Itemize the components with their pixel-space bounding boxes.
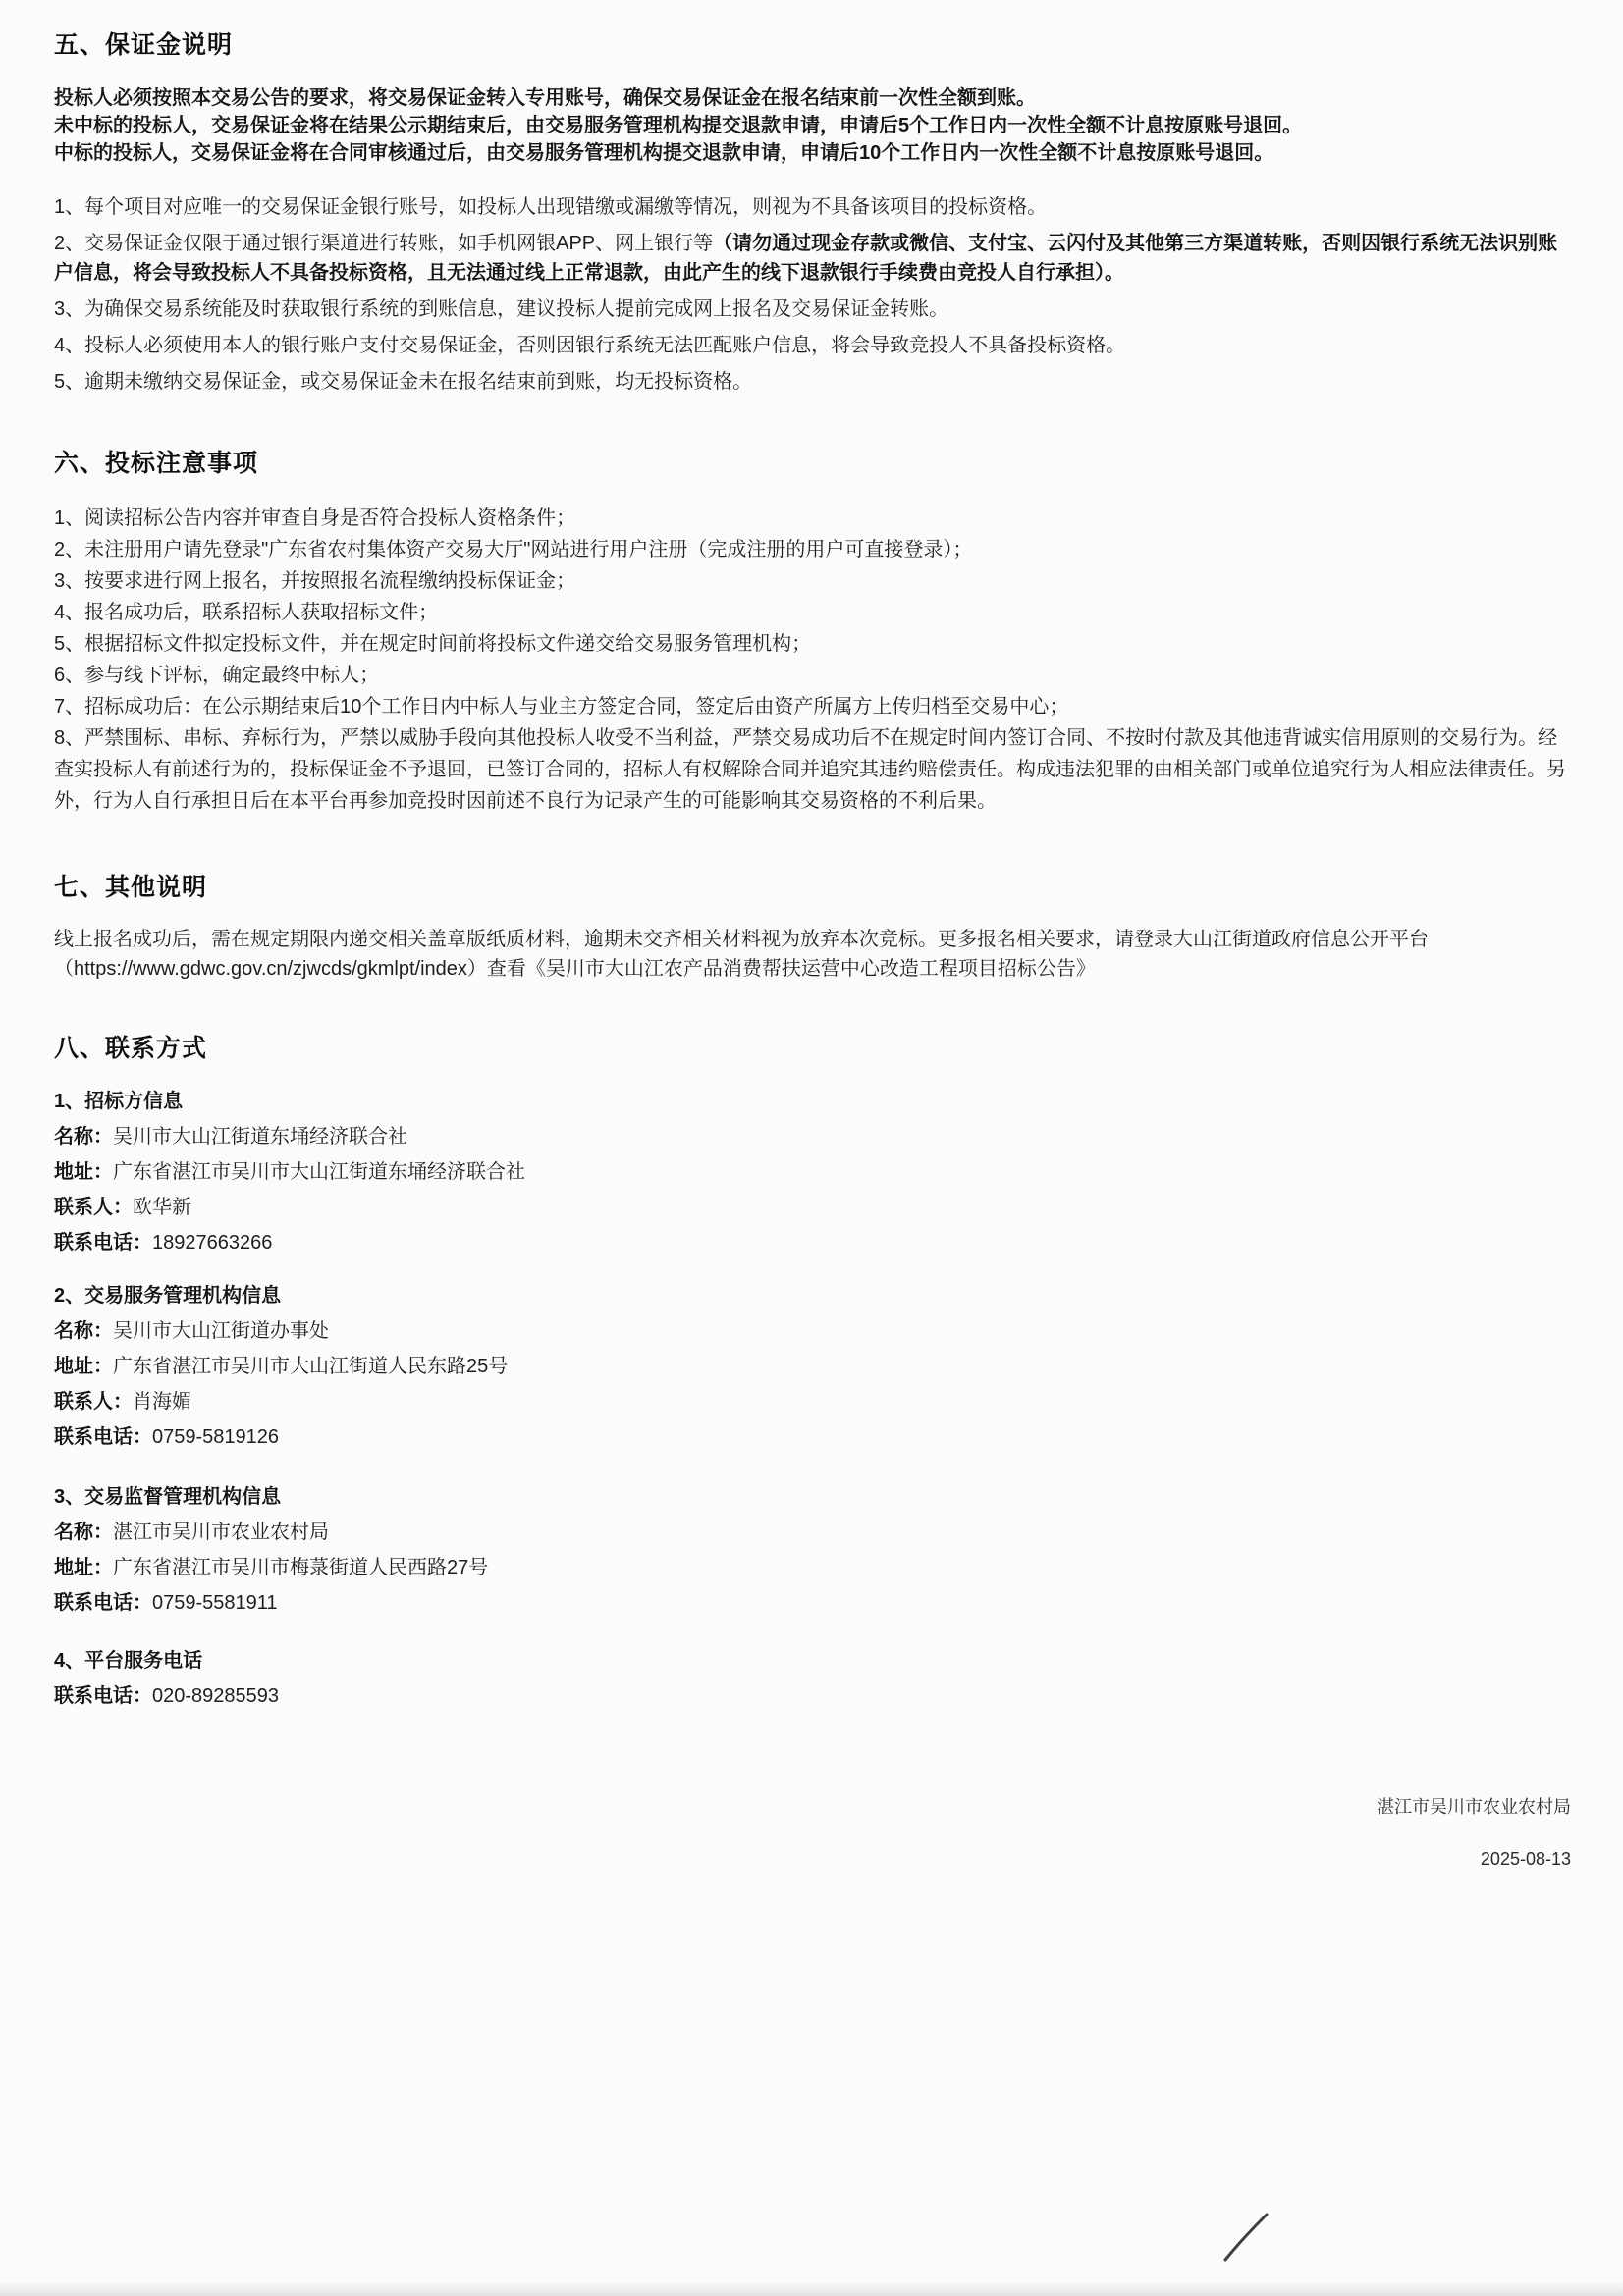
- notice-item: 4、报名成功后，联系招标人获取招标文件；: [54, 597, 1574, 628]
- contact-label: 联系电话：: [54, 1685, 152, 1707]
- contact-label: 联系人：: [54, 1391, 133, 1413]
- contact-row: 名称：吴川市大山江街道东埇经济联合社: [54, 1125, 1574, 1149]
- contact-label: 名称：: [54, 1126, 113, 1148]
- deposit-item: 5、逾期未缴纳交易保证金，或交易保证金未在报名结束前到账，均无投标资格。: [54, 367, 1574, 397]
- deposit-item-text: 5、逾期未缴纳交易保证金，或交易保证金未在报名结束前到账，均无投标资格。: [54, 371, 752, 393]
- document-page: 五、保证金说明 投标人必须按照本交易公告的要求，将交易保证金转入专用账号，确保交…: [0, 0, 1623, 2296]
- contact-label: 地址：: [54, 1557, 113, 1578]
- contact-value: 湛江市吴川市农业农村局: [113, 1522, 329, 1543]
- deposit-item-list: 1、每个项目对应唯一的交易保证金银行账号，如投标人出现错缴或漏缴等情况，则视为不…: [54, 192, 1574, 403]
- contact-value: 020-89285593: [152, 1685, 279, 1707]
- contact-value: 肖海媚: [133, 1391, 191, 1413]
- contact-group-trade-supervision: 3、交易监督管理机构信息 名称：湛江市吴川市农业农村局 地址：广东省湛江市吴川市…: [54, 1485, 1574, 1616]
- contact-label: 名称：: [54, 1320, 113, 1342]
- contact-row: 地址：广东省湛江市吴川市大山江街道东埇经济联合社: [54, 1160, 1574, 1185]
- notice-item: 7、招标成功后：在公示期结束后10个工作日内中标人与业主方签定合同，签定后由资产…: [54, 691, 1574, 722]
- deposit-item: 1、每个项目对应唯一的交易保证金银行账号，如投标人出现错缴或漏缴等情况，则视为不…: [54, 192, 1574, 222]
- notice-item: 3、按要求进行网上报名，并按照报名流程缴纳投标保证金；: [54, 565, 1574, 597]
- contact-label: 地址：: [54, 1356, 113, 1377]
- contact-row: 地址：广东省湛江市吴川市大山江街道人民东路25号: [54, 1355, 1574, 1379]
- contact-row: 联系电话：0759-5819126: [54, 1425, 1574, 1450]
- contact-row: 名称：吴川市大山江街道办事处: [54, 1319, 1574, 1344]
- contact-group-heading: 2、交易服务管理机构信息: [54, 1284, 1574, 1308]
- footer-org: 湛江市吴川市农业农村局: [1377, 1793, 1571, 1819]
- contact-group-heading: 3、交易监督管理机构信息: [54, 1485, 1574, 1510]
- deposit-item-text: 2、交易保证金仅限于通过银行渠道进行转账，如手机网银APP、网上银行等: [54, 233, 713, 254]
- pen-mark: [1217, 2211, 1276, 2265]
- contact-row: 联系人：欧华新: [54, 1196, 1574, 1220]
- notice-item-list: 1、阅读招标公告内容并审查自身是否符合投标人资格条件； 2、未注册用户请先登录"…: [54, 503, 1574, 817]
- contact-group-heading: 4、平台服务电话: [54, 1649, 1574, 1674]
- contact-label: 联系电话：: [54, 1592, 152, 1614]
- deposit-item: 4、投标人必须使用本人的银行账户支付交易保证金，否则因银行系统无法匹配账户信息，…: [54, 331, 1574, 360]
- deposit-item-text: 4、投标人必须使用本人的银行账户支付交易保证金，否则因银行系统无法匹配账户信息，…: [54, 335, 1125, 356]
- contact-label: 地址：: [54, 1161, 113, 1183]
- notice-item: 6、参与线下评标，确定最终中标人；: [54, 660, 1574, 691]
- deposit-item: 3、为确保交易系统能及时获取银行系统的到账信息，建议投标人提前完成网上报名及交易…: [54, 294, 1574, 324]
- other-notes-line: （https://www.gdwc.gov.cn/zjwcds/gkmlpt/i…: [54, 954, 1574, 984]
- deposit-intro-line: 投标人必须按照本交易公告的要求，将交易保证金转入专用账号，确保交易保证金在报名结…: [54, 84, 1574, 112]
- contact-row: 联系人：肖海媚: [54, 1390, 1574, 1415]
- deposit-intro-line: 未中标的投标人，交易保证金将在结果公示期结束后，由交易服务管理机构提交退款申请，…: [54, 112, 1574, 139]
- deposit-item-text: 1、每个项目对应唯一的交易保证金银行账号，如投标人出现错缴或漏缴等情况，则视为不…: [54, 196, 1047, 218]
- contact-value: 18927663266: [152, 1232, 272, 1254]
- notice-item: 2、未注册用户请先登录"广东省农村集体资产交易大厅"网站进行用户注册（完成注册的…: [54, 534, 1574, 565]
- section-6-title: 六、投标注意事项: [54, 444, 1574, 479]
- contact-group-trade-service: 2、交易服务管理机构信息 名称：吴川市大山江街道办事处 地址：广东省湛江市吴川市…: [54, 1284, 1574, 1450]
- footer-date: 2025-08-13: [1481, 1849, 1571, 1870]
- contact-value: 吴川市大山江街道东埇经济联合社: [113, 1126, 407, 1148]
- contact-row: 地址：广东省湛江市吴川市梅菉街道人民西路27号: [54, 1556, 1574, 1580]
- deposit-intro: 投标人必须按照本交易公告的要求，将交易保证金转入专用账号，确保交易保证金在报名结…: [54, 84, 1574, 167]
- contact-row: 联系电话：020-89285593: [54, 1684, 1574, 1709]
- contact-group-tenderer: 1、招标方信息 名称：吴川市大山江街道东埇经济联合社 地址：广东省湛江市吴川市大…: [54, 1090, 1574, 1255]
- contact-row: 联系电话：0759-5581911: [54, 1591, 1574, 1616]
- notice-item: 1、阅读招标公告内容并审查自身是否符合投标人资格条件；: [54, 503, 1574, 534]
- other-notes-line: 线上报名成功后，需在规定期限内递交相关盖章版纸质材料，逾期未交齐相关材料视为放弃…: [54, 925, 1574, 954]
- contact-row: 名称：湛江市吴川市农业农村局: [54, 1521, 1574, 1545]
- deposit-item-text: 3、为确保交易系统能及时获取银行系统的到账信息，建议投标人提前完成网上报名及交易…: [54, 298, 948, 320]
- contact-label: 联系电话：: [54, 1232, 152, 1254]
- notice-item: 8、严禁围标、串标、弃标行为，严禁以威胁手段向其他投标人收受不当利益，严禁交易成…: [54, 722, 1574, 817]
- contact-value: 0759-5819126: [152, 1426, 279, 1448]
- contact-value: 吴川市大山江街道办事处: [113, 1320, 329, 1342]
- contact-value: 广东省湛江市吴川市大山江街道人民东路25号: [113, 1356, 508, 1377]
- contact-row: 联系电话：18927663266: [54, 1231, 1574, 1255]
- other-notes-paragraph: 线上报名成功后，需在规定期限内递交相关盖章版纸质材料，逾期未交齐相关材料视为放弃…: [54, 925, 1574, 984]
- notice-item: 5、根据招标文件拟定投标文件，并在规定时间前将投标文件递交给交易服务管理机构；: [54, 628, 1574, 660]
- contact-label: 联系电话：: [54, 1426, 152, 1448]
- contact-value: 广东省湛江市吴川市大山江街道东埇经济联合社: [113, 1161, 525, 1183]
- section-5-title: 五、保证金说明: [54, 26, 1574, 61]
- contact-value: 0759-5581911: [152, 1592, 278, 1614]
- contact-label: 名称：: [54, 1522, 113, 1543]
- contact-value: 广东省湛江市吴川市梅菉街道人民西路27号: [113, 1557, 488, 1578]
- section-8-title: 八、联系方式: [54, 1029, 1574, 1064]
- section-7-title: 七、其他说明: [54, 868, 1574, 903]
- contact-value: 欧华新: [133, 1197, 191, 1218]
- contact-group-platform-phone: 4、平台服务电话 联系电话：020-89285593: [54, 1649, 1574, 1709]
- contact-label: 联系人：: [54, 1197, 133, 1218]
- deposit-intro-line: 中标的投标人，交易保证金将在合同审核通过后，由交易服务管理机构提交退款申请，申请…: [54, 139, 1574, 167]
- contact-group-heading: 1、招标方信息: [54, 1090, 1574, 1114]
- deposit-item: 2、交易保证金仅限于通过银行渠道进行转账，如手机网银APP、网上银行等（请勿通过…: [54, 229, 1574, 288]
